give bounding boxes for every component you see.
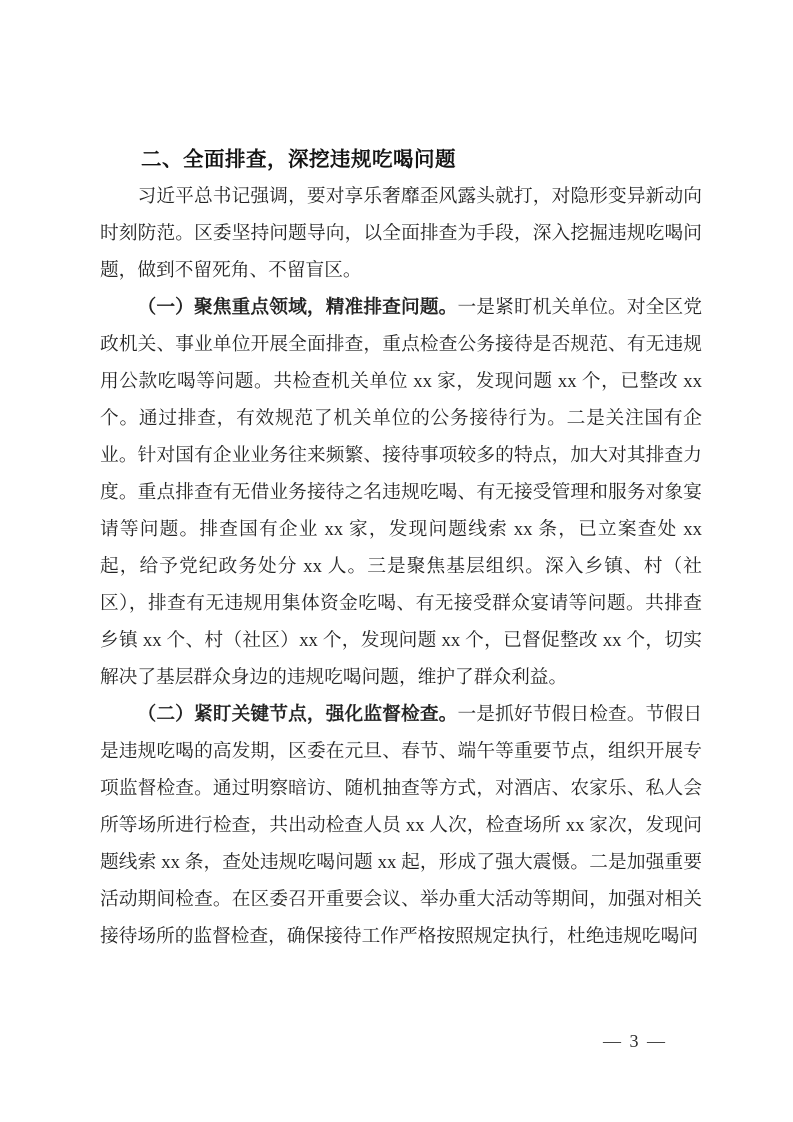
paragraph-text: 习近平总书记强调，要对享乐奢靡歪风露头就打，对隐形变异新动向时刻防范。区委坚持问…	[100, 186, 702, 281]
body-paragraph: 习近平总书记强调，要对享乐奢靡歪风露头就打，对隐形变异新动向时刻防范。区委坚持问…	[100, 178, 702, 289]
paragraph-lead: （一）聚焦重点领域，精准排查问题。	[138, 297, 458, 318]
page-number: — 3 —	[560, 1031, 710, 1052]
paragraph-text: 一是抓好节假日检查。节假日是违规吃喝的高发期，区委在元旦、春节、端午等重要节点，…	[100, 704, 702, 947]
paragraph-text: 一是紧盯机关单位。对全区党政机关、事业单位开展全面排查，重点检查公务接待是否规范…	[100, 297, 702, 688]
paragraph-lead: （二）紧盯关键节点，强化监督检查。	[138, 704, 458, 725]
body-paragraph: （一）聚焦重点领域，精准排查问题。一是紧盯机关单位。对全区党政机关、事业单位开展…	[100, 289, 702, 696]
document-page: 二、全面排查，深挖违规吃喝问题 习近平总书记强调，要对享乐奢靡歪风露头就打，对隐…	[0, 0, 793, 1122]
body-paragraph: （二）紧盯关键节点，强化监督检查。一是抓好节假日检查。节假日是违规吃喝的高发期，…	[100, 696, 702, 955]
document-content: 二、全面排查，深挖违规吃喝问题 习近平总书记强调，要对享乐奢靡歪风露头就打，对隐…	[100, 141, 702, 955]
section-heading: 二、全面排查，深挖违规吃喝问题	[100, 141, 702, 178]
